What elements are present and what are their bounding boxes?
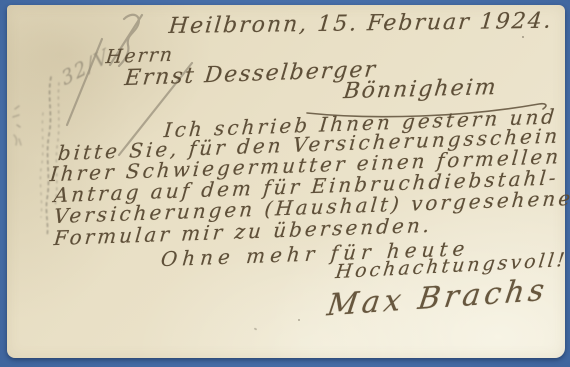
paper-speck [298,319,300,321]
photo-background: 32/V Heilbronn, 15. Februar 1924. Herrn … [0,0,570,367]
paper-speck [522,36,524,38]
dateline: Heilbronn, 15. Februar 1924. [168,9,554,39]
postcard: 32/V Heilbronn, 15. Februar 1924. Herrn … [7,5,565,358]
paper-speck [254,327,258,330]
destination-place: Bönnigheim [342,75,499,104]
